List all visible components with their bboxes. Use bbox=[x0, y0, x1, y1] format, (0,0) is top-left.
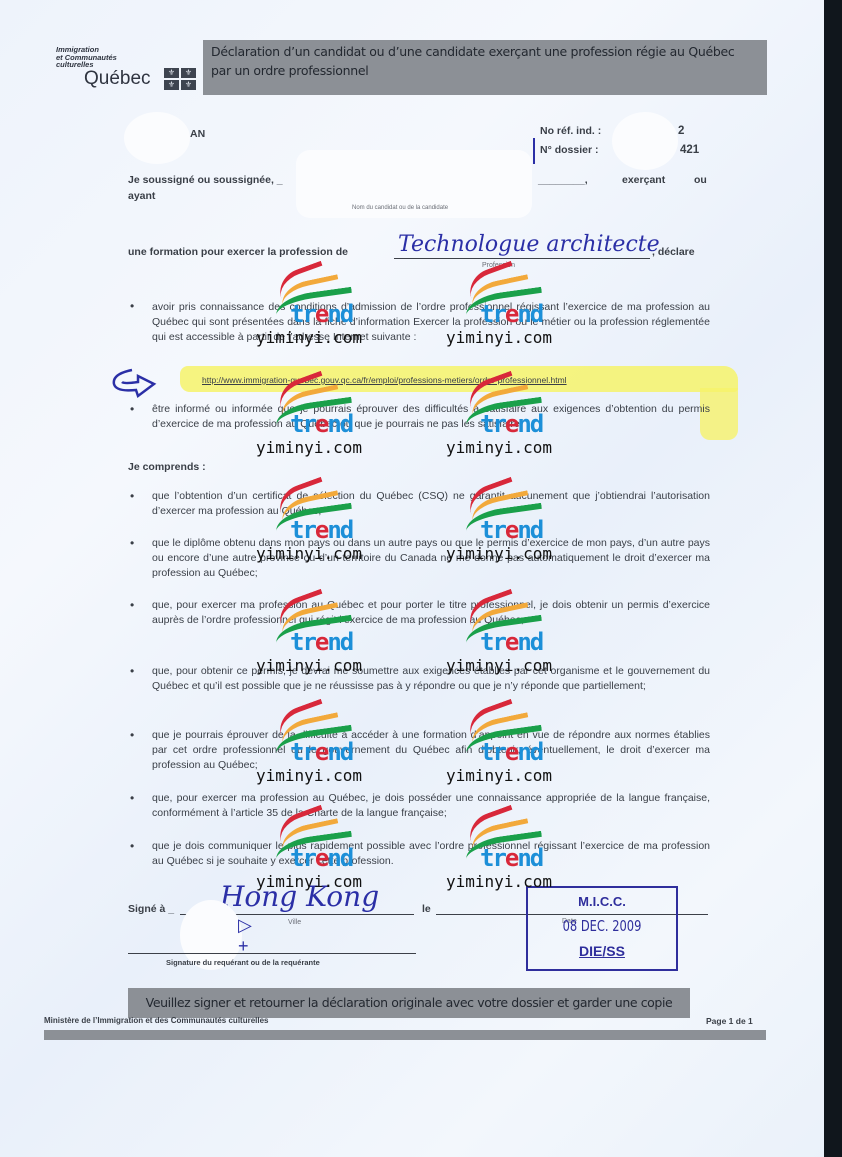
stamp-date: 08 DEC. 2009 bbox=[539, 917, 665, 935]
bullet: • bbox=[130, 791, 140, 805]
profession-line bbox=[394, 258, 650, 259]
bullet: • bbox=[130, 536, 140, 550]
redaction bbox=[612, 112, 678, 170]
redaction bbox=[124, 112, 190, 164]
applicant-name: AN bbox=[190, 128, 205, 140]
title-line: Déclaration d’un candidat ou d’une candi… bbox=[211, 42, 759, 61]
bullet: • bbox=[130, 728, 140, 742]
name-caption: Nom du candidat ou de la candidate bbox=[352, 205, 448, 211]
comprends-bullet-7: que je dois communiquer le plus rapideme… bbox=[152, 839, 710, 869]
le-label: le bbox=[422, 903, 431, 915]
ministry-name: Immigration et Communautés culturelles bbox=[56, 46, 117, 69]
scan-edge bbox=[824, 0, 842, 1157]
signature-line[interactable] bbox=[128, 953, 416, 954]
signe-a-label: Signé à _ bbox=[128, 903, 174, 915]
watermark-site: yiminyi.com bbox=[424, 438, 574, 457]
bullet: • bbox=[130, 664, 140, 678]
ref-value: 2 bbox=[678, 125, 684, 137]
intro-ou: ou bbox=[694, 174, 707, 186]
stamp-office: DIE/SS bbox=[528, 943, 676, 959]
bullet: • bbox=[130, 299, 140, 313]
city-handwritten[interactable]: Hong Kong bbox=[220, 880, 379, 913]
city-caption: Ville bbox=[288, 919, 301, 926]
comprends-bullet-1: que l’obtention d’un certificat de sélec… bbox=[152, 489, 710, 519]
footer-ministry: Ministère de l’Immigration et des Commun… bbox=[44, 1016, 269, 1025]
intro-text: Je soussigné ou soussignée, _ bbox=[128, 174, 283, 186]
comprends-bullet-5: que je pourrais éprouver de la difficult… bbox=[152, 728, 710, 773]
signature-mark: ▷+ bbox=[238, 915, 252, 957]
ink-mark bbox=[533, 138, 535, 164]
comprends-bullet-4: que, pour obtenir ce permis, je devrai m… bbox=[152, 664, 710, 694]
footer-bar bbox=[44, 1030, 766, 1040]
stamp-agency: M.I.C.C. bbox=[528, 894, 676, 909]
intro-comma: ________, bbox=[538, 174, 588, 186]
return-notice: Veuillez signer et retourner la déclarat… bbox=[128, 988, 690, 1018]
fleur-de-lis-flag-icon: ⚜⚜⚜⚜ bbox=[164, 68, 198, 90]
profession-handwritten: Technologue architecte bbox=[398, 232, 660, 257]
quebec-logo: Québec bbox=[84, 68, 151, 90]
declare-bullet-2: être informé ou informée que je pourrais… bbox=[152, 402, 710, 432]
intro-exercant: exerçant bbox=[622, 174, 665, 186]
document-title: Déclaration d’un candidat ou d’une candi… bbox=[203, 40, 767, 95]
ref-label: No réf. ind. : bbox=[540, 125, 601, 137]
profession-caption: Profession bbox=[482, 262, 515, 269]
watermark-site: yiminyi.com bbox=[234, 438, 384, 457]
declare-text: , déclare bbox=[652, 246, 695, 258]
page-number: Page 1 de 1 bbox=[706, 1016, 753, 1026]
arrow-pointer-icon bbox=[108, 366, 178, 400]
intro-ayant: ayant bbox=[128, 190, 155, 202]
dossier-value: 421 bbox=[680, 144, 699, 156]
dossier-label: N° dossier : bbox=[540, 144, 598, 156]
comprends-heading: Je comprends : bbox=[128, 461, 206, 473]
comprends-bullet-6: que, pour exercer ma profession au Québe… bbox=[152, 791, 710, 821]
date-stamp: M.I.C.C. 08 DEC. 2009 DIE/SS bbox=[526, 886, 678, 971]
bullet: • bbox=[130, 598, 140, 612]
comprends-bullet-2: que le diplôme obtenu dans mon pays ou d… bbox=[152, 536, 710, 581]
bullet: • bbox=[130, 402, 140, 416]
bullet: • bbox=[130, 839, 140, 853]
declare-bullet-1: avoir pris connaissance des conditions d… bbox=[152, 300, 710, 345]
comprends-bullet-3: que, pour exercer ma profession au Québe… bbox=[152, 598, 710, 628]
url-link[interactable]: http://www.immigration-quebec.gouv.qc.ca… bbox=[202, 375, 567, 385]
bullet: • bbox=[130, 489, 140, 503]
title-line: par un ordre professionnel bbox=[211, 61, 759, 80]
signature-caption: Signature du requérant ou de la requéran… bbox=[166, 958, 320, 967]
formation-text: une formation pour exercer la profession… bbox=[128, 246, 348, 258]
